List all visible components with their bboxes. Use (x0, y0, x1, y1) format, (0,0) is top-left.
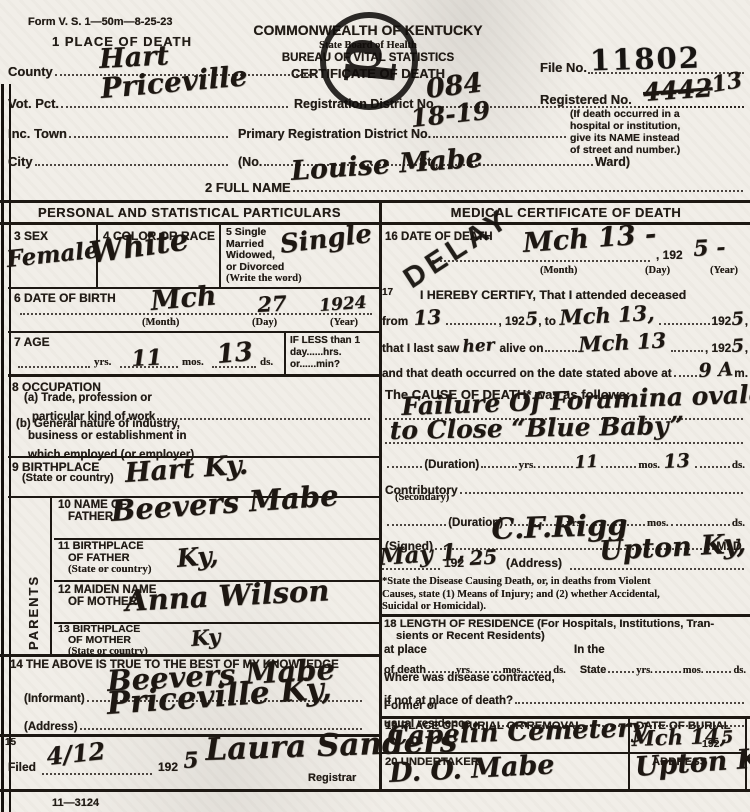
file-no-label: File No. (540, 60, 587, 75)
filed-dots (42, 773, 152, 775)
last-saw-pre: that I last saw (382, 341, 459, 355)
d-stamp-letter: d (334, 35, 404, 88)
in-the-label: In the (574, 644, 605, 656)
res-dots1 (428, 657, 454, 673)
sex-label: 3 SEX (14, 229, 48, 243)
state-label: State (580, 664, 606, 676)
birthplace-caption: (State or country) (22, 472, 114, 484)
to-value: Mch 13, (559, 300, 655, 330)
form-number-bottom: 11—3124 (52, 797, 99, 809)
age-label: 7 AGE (14, 335, 50, 349)
last-saw-year-value: 5 (731, 336, 745, 358)
to-dots (659, 309, 709, 325)
state-ds-label: ds. (733, 665, 746, 676)
occupation-a-line1: (a) Trade, profession or (24, 392, 152, 404)
from-value: 13 (413, 305, 442, 330)
dob-day-caption: (Day) (252, 317, 277, 328)
state-mos-label: mos. (683, 665, 704, 676)
dob-day-value: 27 (257, 291, 288, 317)
last-saw-dots2 (671, 336, 703, 352)
last-saw-row: that I last saw her alive on Mch 13 , 19… (382, 336, 748, 357)
attended-from-row: from 13 , 192 5 , to Mch 13, 192 5 , (382, 309, 748, 330)
filed-year-printed: 192 (158, 760, 178, 774)
bottom-rule (0, 789, 750, 792)
filed-year-value: 5 (183, 747, 200, 774)
primary-district-row: Primary Registration District No. (238, 122, 568, 141)
age-ds-dots (212, 366, 256, 368)
dob-year-value: 1924 (319, 293, 368, 316)
res-dots2 (475, 657, 501, 673)
state-dots2 (655, 657, 681, 673)
secondary-caption: (Secondary) (395, 492, 449, 503)
duration-mos-value: 11 (574, 452, 599, 473)
race-marital-divider (219, 225, 221, 287)
cause-footnote: *State the Disease Causing Death, or, in… (382, 576, 660, 614)
last-saw-year-printed: , 192 (705, 341, 731, 355)
hospital-note: (If death occurred in a hospital or inst… (570, 108, 680, 156)
res-ds-label: ds. (553, 665, 566, 676)
from-dots (446, 309, 496, 325)
signed-year-printed: 192 (444, 556, 464, 570)
res-dots3 (525, 657, 551, 673)
father-birthplace-label: 11 BIRTHPLACE OF FATHER (State or countr… (58, 541, 152, 576)
personal-section-title: PERSONAL AND STATISTICAL PARTICULARS (0, 205, 379, 220)
cause-line-2: to Close “Blue Baby” (389, 411, 684, 445)
city-row: City (8, 150, 230, 169)
duration-dots4 (695, 452, 730, 468)
occupation-b-line2: business or establishment in (28, 430, 186, 442)
at-place-label: at place (384, 644, 427, 656)
duration2-lead-dots (387, 510, 446, 526)
if-less-note: IF LESS than 1 day......hrs. or......min… (290, 335, 360, 371)
informant-label: (Informant) (24, 693, 85, 705)
age-mos-value: 11 (131, 344, 163, 372)
registered-no-struck: 4442 (642, 73, 713, 107)
from-year-value: 5 (525, 309, 539, 331)
dod-year-printed: , 192 (656, 248, 683, 262)
duration-row: (Duration) yrs. 11 mos. 13 ds. (385, 452, 745, 473)
mother-bp-line2: OF MOTHER (58, 635, 148, 646)
votpct-label: Vot. Pct. (8, 96, 59, 111)
primary-district-label: Primary Registration District No. (238, 127, 431, 141)
mother-birthplace-label: 13 BIRTHPLACE OF MOTHER (State or countr… (58, 624, 148, 657)
footnote-line3: Suicidal or Homicidal). (382, 601, 660, 614)
age-ds-label: ds. (260, 356, 273, 368)
residence-top-rule (382, 614, 750, 617)
dod-month-caption: (Month) (540, 265, 577, 276)
street-ward-label: Ward) (595, 155, 630, 169)
duration-label: (Duration) (424, 459, 479, 471)
duration-dots2 (538, 452, 573, 468)
age-lead-dots (18, 366, 90, 368)
age-yrs-label: yrs. (94, 356, 111, 368)
death-certificate-scan: Form V. S. 1—50m—8-25-23 1 PLACE OF DEAT… (0, 0, 750, 812)
dob-month-value: Mch (149, 280, 217, 317)
hospital-note-line1: (If death occurred in a (570, 108, 680, 120)
to-year-value: 5 (731, 309, 745, 331)
last-saw-her: her (462, 336, 495, 358)
occupation-a-dots (157, 404, 370, 420)
occupation-b-line1: (b) General nature of industry, (16, 418, 180, 430)
hospital-note-line3: give its NAME instead (570, 132, 680, 144)
dod-day-caption: (Day) (645, 265, 670, 276)
contributory-dots (460, 478, 743, 494)
row6-rule (8, 331, 379, 333)
dob-label: 6 DATE OF BIRTH (14, 291, 116, 305)
duration-ds-label: ds. (732, 459, 745, 471)
circled-d-stamp: d (320, 12, 418, 110)
duration-dots1 (481, 452, 516, 468)
filed-date-value: 4/12 (45, 736, 107, 771)
inc-town-row: Inc. Town (8, 122, 230, 141)
residence-heading-2: sients or Recent Residents) (396, 630, 545, 642)
death-time-m: m. (734, 366, 748, 380)
parents-sidebar-label: PARENTS (26, 500, 41, 650)
certify-number: 17 (382, 287, 393, 298)
father-bp-line1: 11 BIRTHPLACE (58, 541, 152, 553)
father-birthplace-value: Ky, (175, 540, 219, 573)
state-yrs-label: yrs. (636, 665, 653, 676)
death-time-value: 9 A (697, 359, 733, 383)
duration-lead-dots (387, 452, 422, 468)
duration-mos-label: mos. (638, 459, 660, 471)
last-saw-dots1 (545, 336, 577, 352)
duration-yrs-label: yrs. (519, 459, 536, 471)
father-bp-line3: (State or country) (58, 564, 152, 576)
if-less-line3: or......min? (290, 359, 360, 371)
full-name-row: 2 FULL NAME (205, 176, 745, 195)
registered-no-value: 13 (709, 67, 744, 98)
dob-month-caption: (Month) (142, 317, 179, 328)
hospital-note-line2: hospital or institution, (570, 120, 680, 132)
filed-label: Filed (8, 760, 36, 774)
medical-section-title: MEDICAL CERTIFICATE OF DEATH (382, 205, 750, 220)
marital-write-word: (Write the word) (226, 273, 302, 285)
inc-town-label: Inc. Town (8, 126, 67, 141)
state-dots3 (706, 657, 732, 673)
dod-year-caption: (Year) (710, 265, 738, 276)
last-saw-post: alive on (500, 341, 544, 355)
street-no-label: (No. (238, 155, 262, 169)
informant-address-label: (Address) (24, 721, 78, 733)
residence-heading-1: 18 LENGTH OF RESIDENCE (For Hospitals, I… (384, 618, 714, 630)
disease-contracted-line1: Where was disease contracted, (384, 672, 555, 684)
dob-year-caption: (Year) (330, 317, 358, 328)
filed-number: 15 (5, 737, 16, 748)
signed-year-value: 25 (469, 545, 498, 570)
scan-edge-lines (1, 84, 11, 812)
from-label: from (382, 314, 408, 328)
mother-birthplace-value: Ky (190, 624, 222, 651)
signed-address-label: (Address) (506, 556, 562, 570)
dod-year-value: 5 - (693, 234, 726, 262)
death-occurred-row: and that death occurred on the date stat… (382, 361, 748, 382)
duration2-mos-label: mos. (647, 517, 669, 529)
marital-value: Single (278, 219, 373, 260)
city-label: City (8, 154, 33, 169)
row7-rule (8, 374, 379, 377)
age-ifless-divider (284, 331, 286, 374)
last-saw-comma: , (745, 341, 748, 355)
signed-address-dots (570, 568, 744, 570)
footnote-line2: Causes, state (1) Means of Injury; and (… (382, 589, 660, 602)
contracted-dots (515, 688, 744, 704)
inc-town-dots (69, 122, 228, 138)
registrar-label: Registrar (308, 772, 356, 784)
age-mos-label: mos. (182, 356, 204, 368)
from-year-printed: , 192 (498, 314, 524, 328)
death-occurred-text: and that death occurred on the date stat… (382, 366, 672, 380)
duration2-dots3 (671, 510, 730, 526)
last-saw-value: Mch 13 (578, 328, 667, 358)
parents-divider (50, 496, 52, 654)
signed-date-dots (382, 568, 440, 570)
to-label: , to (538, 314, 556, 328)
full-name-label: 2 FULL NAME (205, 180, 291, 195)
duration-dots3 (601, 452, 636, 468)
city-dots (35, 150, 228, 166)
section-top-rule (0, 200, 750, 203)
county-label: County (8, 64, 53, 79)
death-occurred-dots (674, 361, 697, 377)
duration-ds-value: 13 (663, 450, 691, 473)
form-code: Form V. S. 1—50m—8-25-23 (28, 16, 173, 28)
if-less-line1: IF LESS than 1 (290, 335, 360, 347)
physician-address-value: Upton Ky, (598, 528, 746, 567)
if-less-line2: day......hrs. (290, 347, 360, 359)
state-dots1 (608, 657, 634, 673)
dod-dots (432, 260, 650, 262)
footnote-line1: *State the Disease Causing Death, or, in… (382, 576, 660, 589)
to-year-printed: 192 (712, 314, 732, 328)
registered-no-label: Registered No. (540, 92, 632, 107)
marital-option-divorced: or Divorced (226, 262, 302, 274)
hospital-note-line4: of street and number.) (570, 144, 680, 156)
to-comma: , (745, 314, 748, 328)
